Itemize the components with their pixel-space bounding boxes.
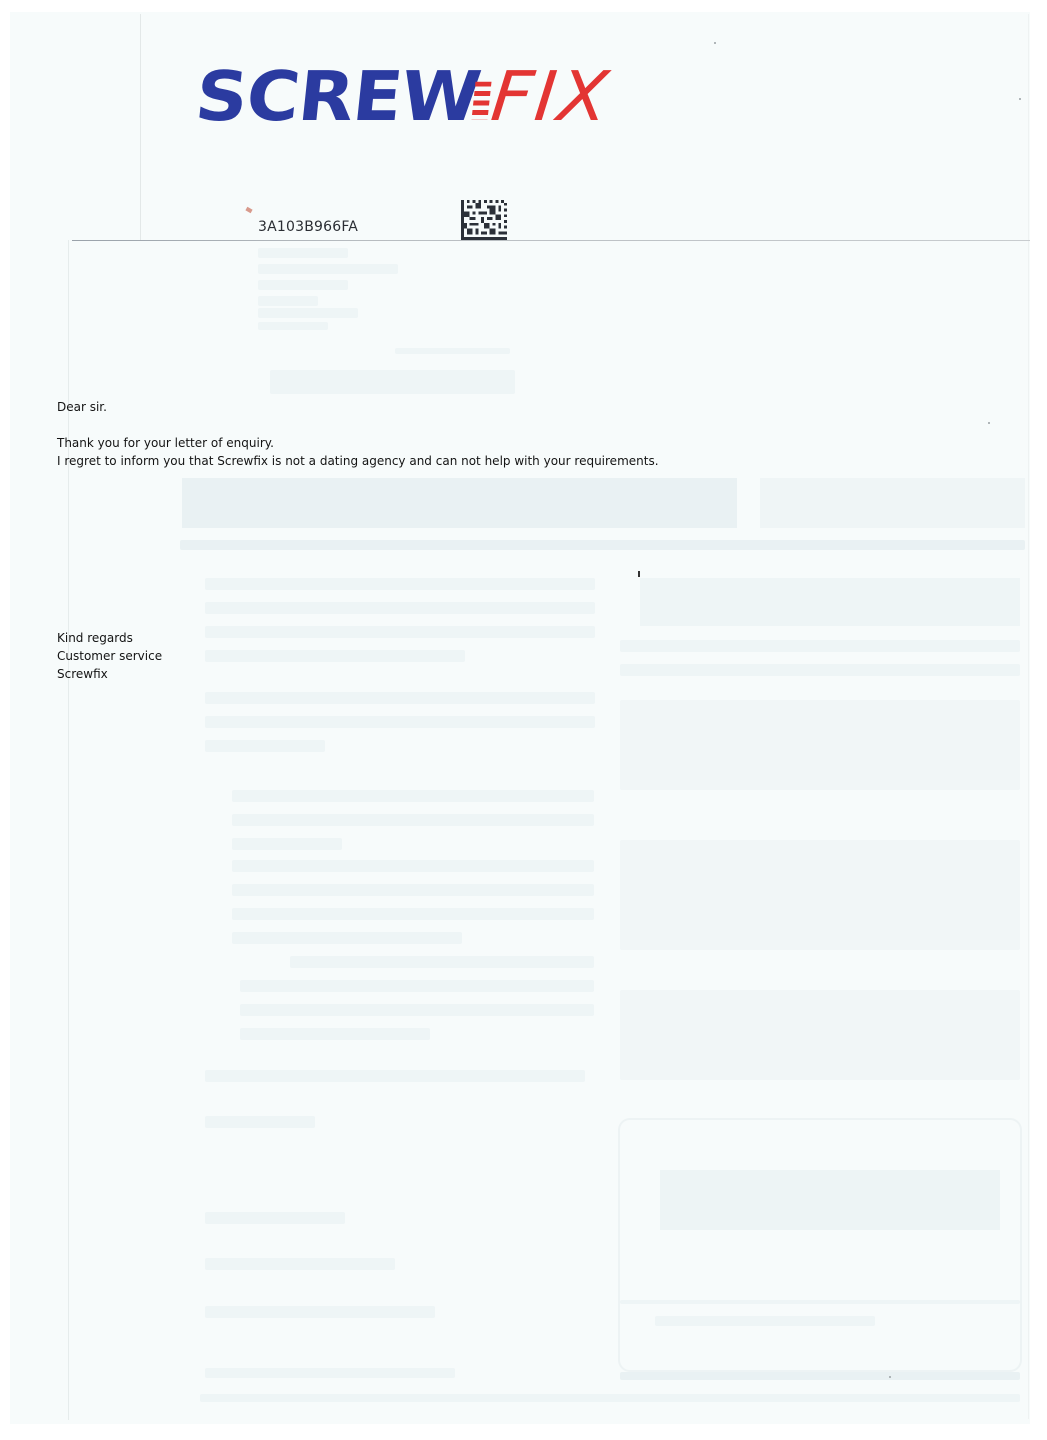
logo-text-primary: SCREW — [192, 56, 484, 136]
screwfix-logo: SCREWFIX — [192, 58, 614, 134]
logo-text-accent: FIX — [488, 56, 614, 136]
datamatrix-barcode-icon — [461, 200, 507, 240]
logo-speed-lines-icon — [471, 82, 491, 120]
scan-speck — [889, 1376, 891, 1378]
scan-speck — [1019, 98, 1021, 100]
scan-speck — [638, 571, 640, 577]
reference-code: 3A103B966FA — [258, 219, 358, 235]
header-divider — [72, 240, 1030, 241]
scan-edge — [1028, 14, 1029, 1419]
signoff-line: Screwfix — [57, 665, 162, 683]
scan-edge — [140, 14, 141, 240]
scan-speck — [988, 422, 990, 424]
signoff-line: Kind regards — [57, 629, 162, 647]
letter-signoff: Kind regards Customer service Screwfix — [57, 629, 162, 683]
letter-paragraph: I regret to inform you that Screwfix is … — [57, 452, 659, 470]
signoff-line: Customer service — [57, 647, 162, 665]
letter-body: Dear sir. Thank you for your letter of e… — [57, 398, 659, 470]
letter-paragraph: Thank you for your letter of enquiry. — [57, 434, 659, 452]
letter-greeting: Dear sir. — [57, 398, 659, 416]
scan-speck — [714, 42, 716, 44]
